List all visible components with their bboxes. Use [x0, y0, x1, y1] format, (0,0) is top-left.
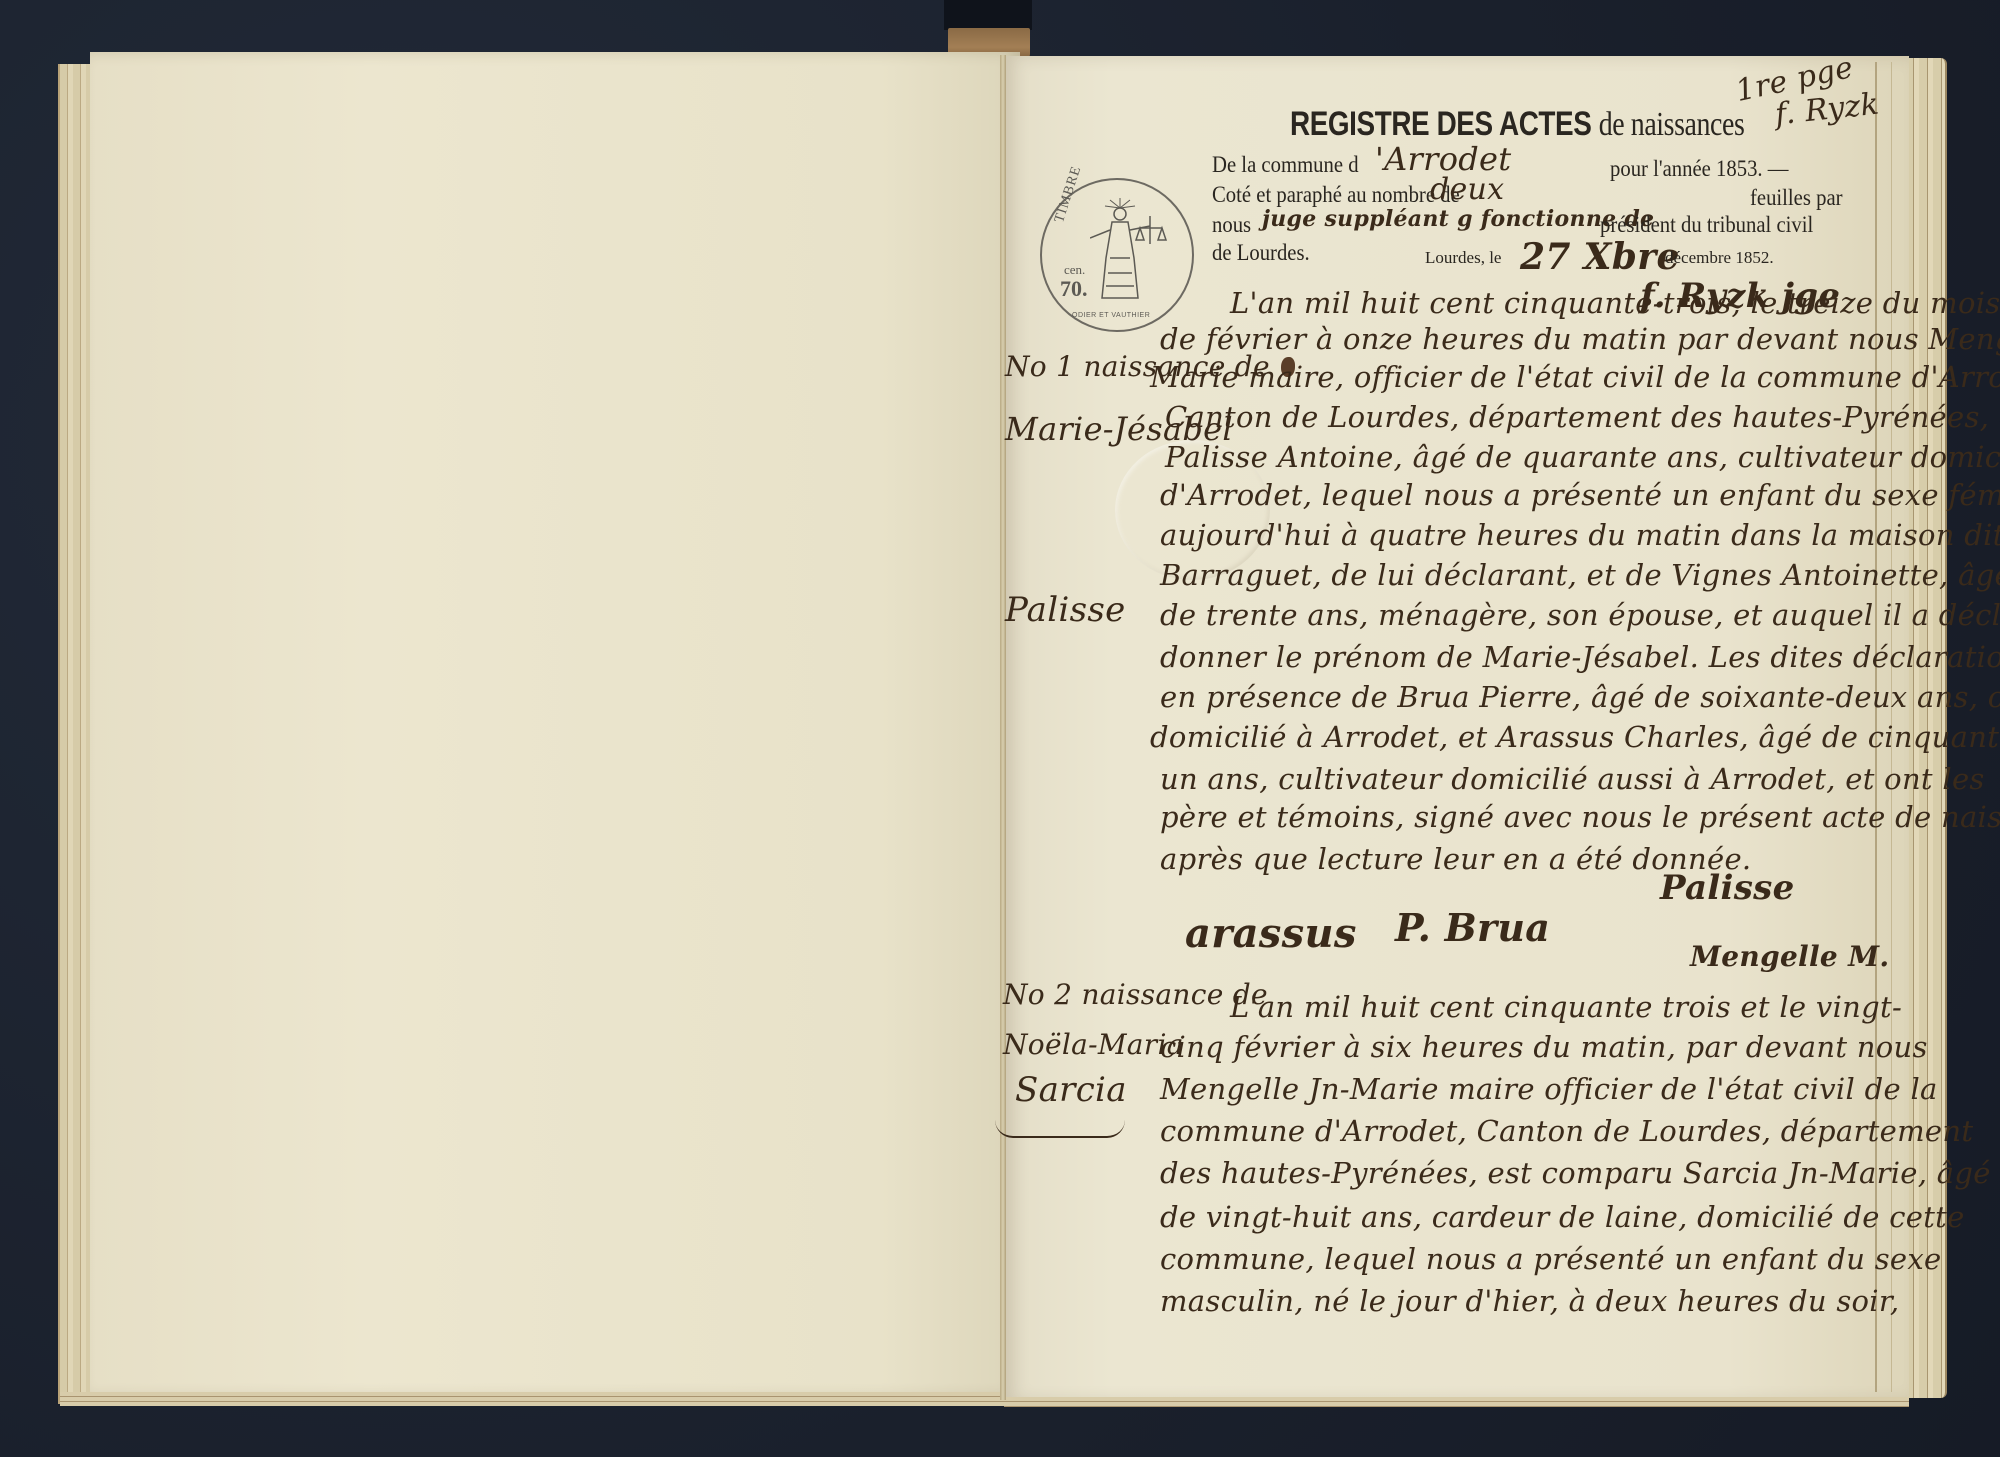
margin-bracket [995, 1120, 1125, 1138]
register-title: REGISTRE DES ACTES de naissances [1290, 105, 1744, 144]
cote-label: Coté et paraphé au nombre de [1212, 182, 1460, 208]
entry-2-margin-name: Noëla-Maria [1003, 1028, 1184, 1061]
signature-arassus: arassus [1185, 910, 1357, 957]
register-title-rest: de naissances [1599, 106, 1745, 143]
president-label: président du tribunal civil [1600, 212, 1813, 238]
date-place-label: Lourdes, le [1425, 248, 1501, 268]
entry-1-line-2: de février à onze heures du matin par de… [1160, 322, 2000, 356]
entry-2-line-6: de vingt-huit ans, cardeur de laine, dom… [1160, 1200, 1965, 1234]
cote-value: deux [1430, 172, 1504, 207]
entry-2-line-1: L'an mil huit cent cinquante trois et le… [1230, 990, 1902, 1024]
entry-1-line-4: Canton de Lourdes, département des haute… [1165, 400, 2000, 434]
entry-1-line-9: de trente ans, ménagère, son épouse, et … [1160, 598, 2000, 632]
entry-1-line-8: Barraguet, de lui déclarant, et de Vigne… [1160, 558, 2000, 592]
left-page-bottom-edge [60, 1392, 1020, 1406]
entry-2-number-label: No 2 naissance de [1003, 978, 1268, 1011]
date-printed: décembre 1852. [1665, 248, 1774, 268]
entry-1-line-11: en présence de Brua Pierre, âgé de soixa… [1160, 680, 2000, 714]
signature-mengelle: Mengelle M. [1690, 940, 1889, 973]
left-page-blank [90, 52, 1020, 1397]
nous-value: juge suppléant g fonctionne de [1262, 206, 1654, 232]
date-value: 27 Xbre [1520, 236, 1680, 278]
entry-1-line-3: Marie maire, officier de l'état civil de… [1150, 360, 2000, 394]
entry-1-line-7: aujourd'hui à quatre heures du matin dan… [1160, 518, 2000, 552]
entry-1-line-10: donner le prénom de Marie-Jésabel. Les d… [1160, 640, 2000, 674]
entry-2-line-2: cinq février à six heures du matin, par … [1160, 1030, 1928, 1064]
signature-palisse: Palisse [1660, 868, 1795, 908]
stamp-value: 70. [1060, 276, 1088, 302]
signature-brua: P. Brua [1395, 905, 1550, 950]
entry-2-line-7: commune, lequel nous a présenté un enfan… [1160, 1242, 1941, 1276]
year-label: pour l'année 1853. — [1610, 156, 1788, 182]
book-gutter [1000, 55, 1006, 1400]
right-page-bottom-edge [1004, 1397, 1909, 1407]
entry-1-line-1: L'an mil huit cent cinquante-trois, le t… [1230, 286, 2000, 320]
spine-gap [944, 0, 1032, 30]
entry-1-line-13: un ans, cultivateur domicilié aussi à Ar… [1160, 762, 1985, 796]
stamp-bottom-text: ODIER ET VAUTHIER [1072, 312, 1150, 319]
nous-label: nous [1212, 212, 1251, 238]
register-title-bold: REGISTRE DES ACTES [1290, 105, 1591, 143]
commune-label: De la commune d [1212, 152, 1359, 178]
entry-1-margin-surname: Palisse [1005, 590, 1126, 630]
entry-1-line-12: domicilié à Arrodet, et Arassus Charles,… [1150, 720, 2000, 754]
entry-2-margin-surname: Sarcia [1015, 1070, 1127, 1110]
feuilles-label: feuilles par [1750, 185, 1843, 211]
entry-1-line-5: Palisse Antoine, âgé de quarante ans, cu… [1165, 440, 2000, 474]
tax-stamp: TIMBRE cen. 70. ODIER ET VAUTHIER [1040, 178, 1194, 332]
entry-1-line-6: d'Arrodet, lequel nous a présenté un enf… [1160, 478, 2000, 512]
entry-1-line-14: père et témoins, signé avec nous le prés… [1160, 800, 2000, 834]
lourdes-label: de Lourdes. [1212, 240, 1310, 266]
entry-2-line-3: Mengelle Jn-Marie maire officier de l'ét… [1160, 1072, 1938, 1106]
justice-figure-icon [1090, 198, 1170, 308]
entry-2-line-8: masculin, né le jour d'hier, à deux heur… [1160, 1284, 1899, 1318]
entry-2-line-4: commune d'Arrodet, Canton de Lourdes, dé… [1160, 1114, 1973, 1148]
entry-2-line-5: des hautes-Pyrénées, est comparu Sarcia … [1160, 1156, 1991, 1190]
